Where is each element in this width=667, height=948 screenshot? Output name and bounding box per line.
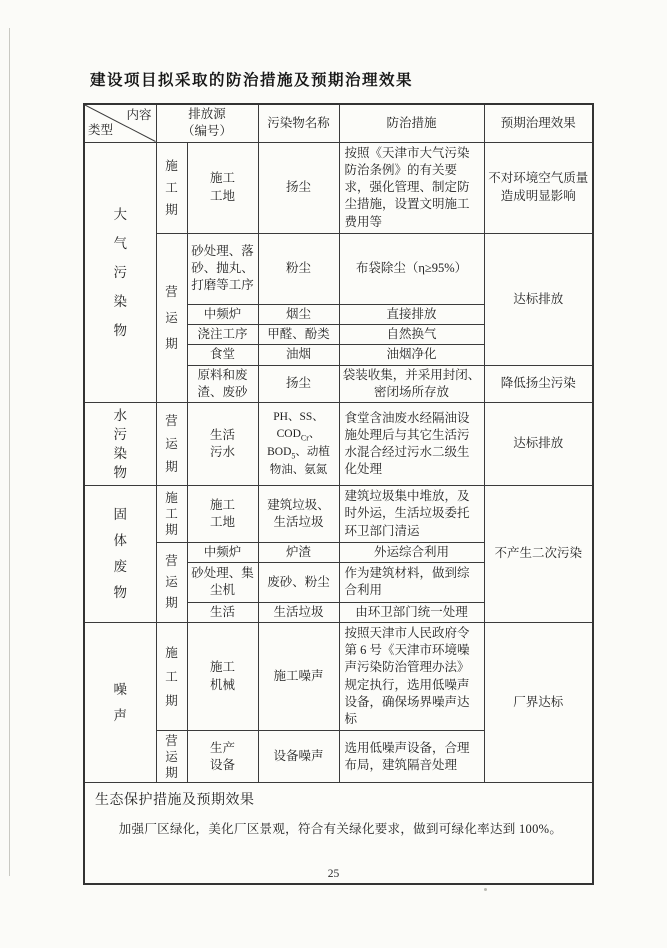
solid-r2-measures: 外运综合利用 — [339, 542, 484, 562]
solid-r1-measures: 建筑垃圾集中堆放，及时外运，生活垃圾委托环卫部门清运 — [339, 486, 484, 543]
noise-operation-period-cell: 营运期 — [156, 731, 187, 783]
table-header-row: 内容 类型 排放源 （编号） 污染物名称 防治措施 预期治理效果 — [84, 104, 593, 142]
noise-effect: 厂界达标 — [484, 622, 593, 783]
noise-r1-source: 施工 机械 — [187, 622, 258, 731]
water-measures: 食堂含油废水经隔油设施处理后与其它生活污水混合经过污水二级生化处理 — [339, 403, 484, 486]
water-row: 水污染物 营运期 生活 污水 PH、SS、CODCr、BOD5、动植物油、氨氮 … — [84, 403, 593, 486]
solid-r4-measures: 由环卫部门统一处理 — [339, 602, 484, 622]
noise-type-cell: 噪声 — [84, 622, 156, 783]
air-operation-period-cell: 营运期 — [156, 233, 187, 402]
noise-r1-measures: 按照天津市人民政府令第 6 号《天津市环境噪声污染防治管理办法》规定执行，选用低… — [339, 622, 484, 731]
solid-type-cell: 固体废物 — [84, 486, 156, 623]
air-r3-source: 中频炉 — [187, 304, 258, 324]
air-r1-source: 施工 工地 — [187, 142, 258, 233]
noise-r1-pollutant: 施工噪声 — [258, 622, 339, 731]
header-pollutant: 污染物名称 — [258, 104, 339, 142]
solid-r4-source: 生活 — [187, 602, 258, 622]
header-corner-type: 类型 — [88, 122, 113, 139]
water-effect: 达标排放 — [484, 403, 593, 486]
solid-r4-pollutant: 生活垃圾 — [258, 602, 339, 622]
ecology-content: 加强厂区绿化，美化厂区景观，符合有关绿化要求，做到可绿化率达到 100%。 — [95, 821, 582, 838]
air-r5-measures: 油烟净化 — [339, 345, 484, 365]
air-sand-row: 营运期 砂处理、落砂、抛丸、打磨等工序 粉尘 布袋除尘（η≥95%） 达标排放 — [84, 233, 593, 304]
prevention-measures-table: 内容 类型 排放源 （编号） 污染物名称 防治措施 预期治理效果 大气污染物 施… — [83, 103, 594, 885]
page-number: 25 — [0, 868, 667, 880]
air-construction-period-cell: 施工期 — [156, 142, 187, 233]
noise-r2-measures: 选用低噪声设备，合理布局，建筑隔音处理 — [339, 731, 484, 783]
solid-r1-pollutant: 建筑垃圾、生活垃圾 — [258, 486, 339, 543]
air-r6-measures: 袋装收集，并采用封闭、密闭场所存放 — [339, 365, 484, 403]
header-corner-cell: 内容 类型 — [84, 104, 156, 142]
scan-artifact-dot — [484, 888, 487, 891]
header-effect: 预期治理效果 — [484, 104, 593, 142]
solid-r2-source: 中频炉 — [187, 542, 258, 562]
solid-effect: 不产生二次污染 — [484, 486, 593, 623]
air-r2-pollutant: 粉尘 — [258, 233, 339, 304]
header-measures: 防治措施 — [339, 104, 484, 142]
water-period-cell: 营运期 — [156, 403, 187, 486]
air-standard-effect: 达标排放 — [484, 233, 593, 365]
air-r1-effect: 不对环境空气质量造成明显影响 — [484, 142, 593, 233]
solid-r2-pollutant: 炉渣 — [258, 542, 339, 562]
air-r6-effect: 降低扬尘污染 — [484, 365, 593, 403]
water-type-cell: 水污染物 — [84, 403, 156, 486]
air-construction-row: 大气污染物 施工期 施工 工地 扬尘 按照《天津市大气污染防治条例》的有关要求，… — [84, 142, 593, 233]
air-r5-pollutant: 油烟 — [258, 345, 339, 365]
solid-operation-period-cell: 营运期 — [156, 542, 187, 622]
page-title: 建设项目拟采取的防治措施及预期治理效果 — [90, 68, 413, 90]
header-corner-content: 内容 — [126, 107, 151, 124]
air-r2-measures: 布袋除尘（η≥95%） — [339, 233, 484, 304]
solid-construction-row: 固体废物 施工期 施工 工地 建筑垃圾、生活垃圾 建筑垃圾集中堆放，及时外运，生… — [84, 486, 593, 543]
air-r4-pollutant: 甲醛、酚类 — [258, 325, 339, 345]
solid-r3-measures: 作为建筑材料，做到综合利用 — [339, 563, 484, 603]
noise-construction-period-cell: 施工期 — [156, 622, 187, 731]
air-r1-measures: 按照《天津市大气污染防治条例》的有关要求，强化管理、制定防尘措施，设置文明施工费… — [339, 142, 484, 233]
page-scan-edge — [9, 28, 10, 876]
solid-r3-pollutant: 废砂、粉尘 — [258, 563, 339, 603]
header-source: 排放源 （编号） — [156, 104, 258, 142]
air-r4-measures: 自然换气 — [339, 325, 484, 345]
air-r4-source: 浇注工序 — [187, 325, 258, 345]
ecology-section-title: 生态保护措施及预期效果 — [95, 791, 582, 810]
solid-r1-source: 施工 工地 — [187, 486, 258, 543]
water-source: 生活 污水 — [187, 403, 258, 486]
air-r6-pollutant: 扬尘 — [258, 365, 339, 403]
noise-construction-row: 噪声 施工期 施工 机械 施工噪声 按照天津市人民政府令第 6 号《天津市环境噪… — [84, 622, 593, 731]
air-r3-pollutant: 烟尘 — [258, 304, 339, 324]
solid-construction-period-cell: 施工期 — [156, 486, 187, 543]
air-r6-source: 原料和废渣、废砂 — [187, 365, 258, 403]
cod-subscript: Cr — [301, 433, 309, 442]
air-r1-pollutant: 扬尘 — [258, 142, 339, 233]
noise-r2-source: 生产 设备 — [187, 731, 258, 783]
air-type-cell: 大气污染物 — [84, 142, 156, 403]
solid-r3-source: 砂处理、集尘机 — [187, 563, 258, 603]
air-type-label: 大气污染物 — [112, 200, 128, 345]
air-r3-measures: 直接排放 — [339, 304, 484, 324]
water-pollutant: PH、SS、CODCr、BOD5、动植物油、氨氮 — [258, 403, 339, 486]
air-r2-source: 砂处理、落砂、抛丸、打磨等工序 — [187, 233, 258, 304]
air-r5-source: 食堂 — [187, 345, 258, 365]
noise-r2-pollutant: 设备噪声 — [258, 731, 339, 783]
